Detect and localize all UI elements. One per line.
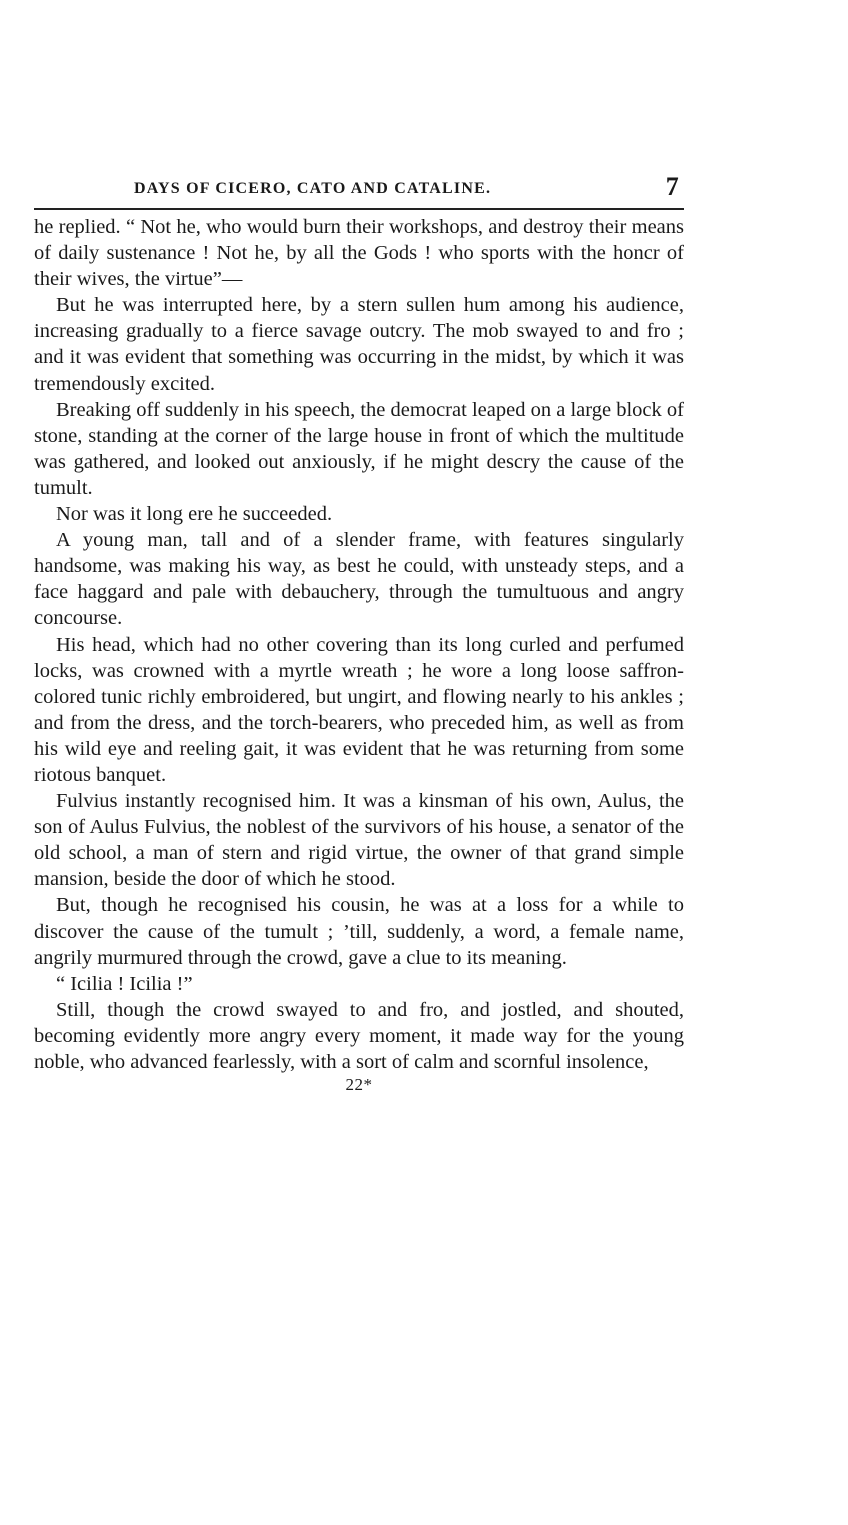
- page-number: 7: [666, 172, 680, 202]
- paragraph: Nor was it long ere he succeeded.: [34, 501, 684, 527]
- paragraph: Still, though the crowd swayed to and fr…: [34, 997, 684, 1075]
- paragraph: he replied. “ Not he, who would burn the…: [34, 214, 684, 292]
- book-page: DAYS OF CICERO, CATO AND CATALINE. 7 he …: [34, 172, 684, 1095]
- paragraph: But he was interrupted here, by a stern …: [34, 292, 684, 396]
- body-text: he replied. “ Not he, who would burn the…: [34, 214, 684, 1075]
- running-head: DAYS OF CICERO, CATO AND CATALINE. 7: [34, 172, 684, 206]
- paragraph: His head, which had no other covering th…: [34, 632, 684, 789]
- running-title: DAYS OF CICERO, CATO AND CATALINE.: [134, 180, 491, 198]
- paragraph: A young man, tall and of a slender frame…: [34, 527, 684, 631]
- paragraph: Fulvius instantly recognised him. It was…: [34, 788, 684, 892]
- header-rule: [34, 208, 684, 210]
- paragraph: “ Icilia ! Icilia !”: [34, 971, 684, 997]
- paragraph: Breaking off suddenly in his speech, the…: [34, 397, 684, 501]
- signature-mark: 22*: [34, 1075, 684, 1095]
- paragraph: But, though he recognised his cousin, he…: [34, 892, 684, 970]
